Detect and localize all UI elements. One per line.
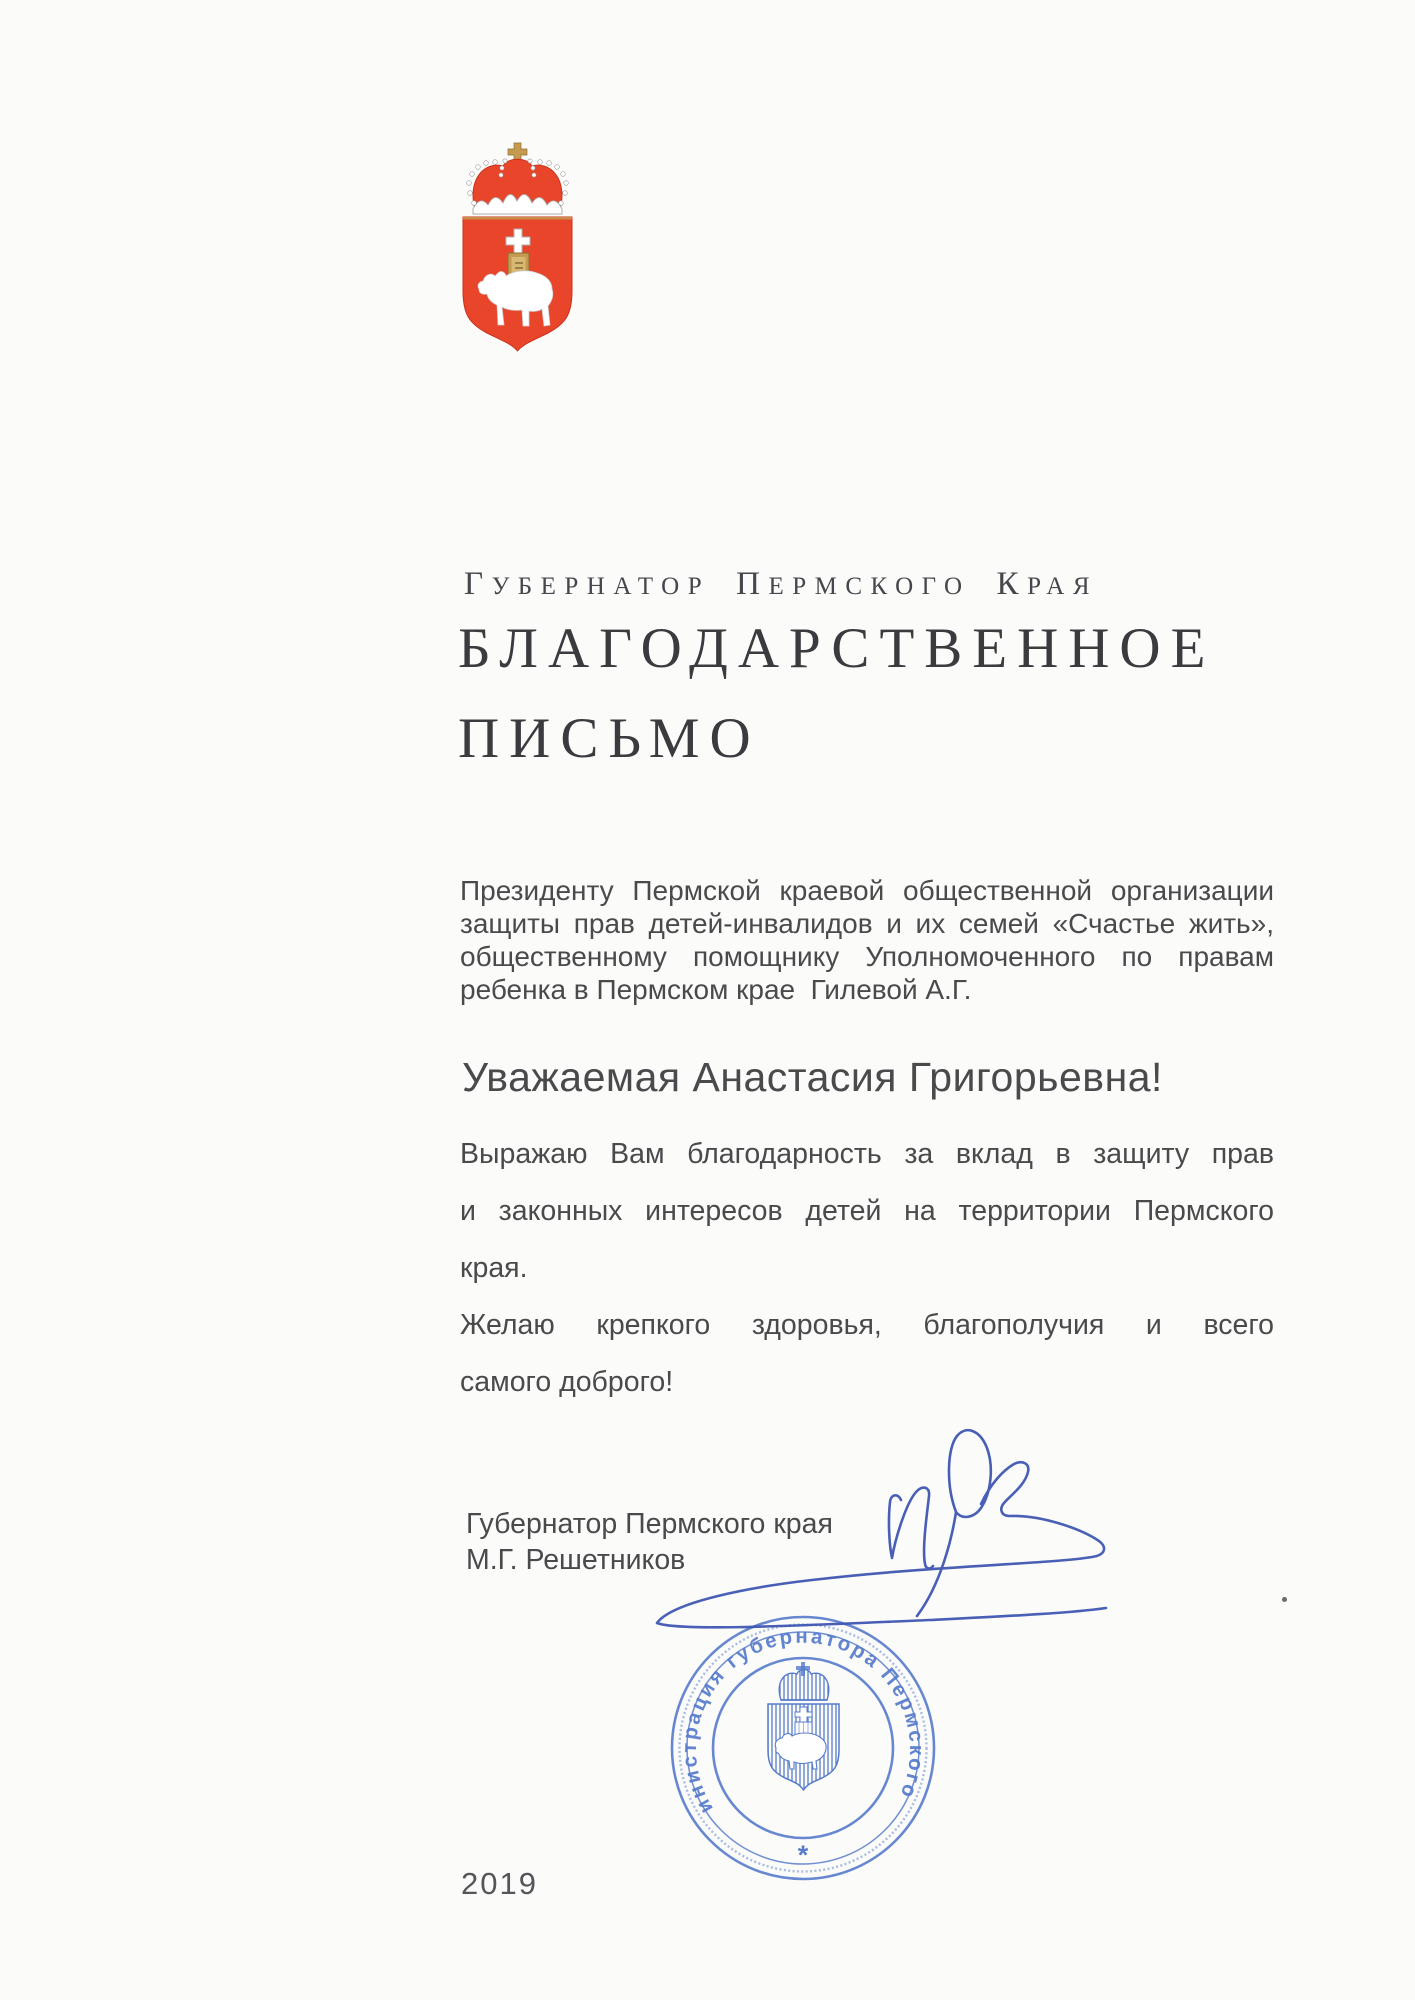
authority-word-initial: Г <box>464 566 492 602</box>
text-line: общественному помощнику Уполномоченного … <box>460 940 1274 973</box>
authority-word-rest: ЕРМСКОГО <box>768 573 970 600</box>
text-line: самого доброго! <box>460 1354 1274 1411</box>
authority-word-rest: РАЯ <box>1027 573 1098 600</box>
handwritten-signature <box>600 1408 1160 1668</box>
text-line: Желаю крепкого здоровья, благополучия и … <box>460 1297 1274 1354</box>
authority-word-rest: УБЕРНАТОР <box>492 573 711 600</box>
addressee-paragraph: Президенту Пермской краевой общественной… <box>460 874 1274 1006</box>
authority-word-initial: К <box>997 566 1028 602</box>
stamp-coat-of-arms-icon <box>768 1662 839 1790</box>
stamp-separator-star: * <box>798 1840 809 1870</box>
princely-crown-icon <box>467 159 569 214</box>
text-line: Выражаю Вам благодарность за вклад в защ… <box>460 1126 1274 1183</box>
body-paragraph-2: Желаю крепкого здоровья, благополучия и … <box>460 1297 1274 1411</box>
text-line: ребенка в Пермском крае Гилевой А.Г. <box>460 973 1274 1006</box>
authority-word: КРАЯ <box>997 566 1098 603</box>
authority-header: ГУБЕРНАТОРПЕРМСКОГОКРАЯ <box>464 566 1224 603</box>
text-line: Президенту Пермской краевой общественной… <box>460 874 1274 907</box>
letter-page: ГУБЕРНАТОРПЕРМСКОГОКРАЯ БЛАГОДАРСТВЕННОЕ… <box>0 0 1415 2000</box>
letter-title-line1: БЛАГОДАРСТВЕННОЕ <box>458 620 1215 677</box>
body-paragraph-1: Выражаю Вам благодарность за вклад в защ… <box>460 1126 1274 1297</box>
authority-word: ГУБЕРНАТОР <box>464 566 710 603</box>
letter-title-line2: ПИСЬМО <box>458 710 761 767</box>
text-line: и законных интересов детей на территории… <box>460 1183 1274 1240</box>
authority-word-initial: П <box>736 566 768 602</box>
year-label: 2019 <box>461 1866 538 1902</box>
text-line: края. <box>460 1240 1274 1297</box>
coat-of-arms-icon <box>455 139 580 354</box>
salutation: Уважаемая Анастасия Григорьевна! <box>462 1054 1163 1101</box>
ink-dot <box>1282 1597 1287 1602</box>
authority-word: ПЕРМСКОГО <box>736 566 970 603</box>
text-line: защиты прав детей-инвалидов и их семей «… <box>460 907 1274 940</box>
